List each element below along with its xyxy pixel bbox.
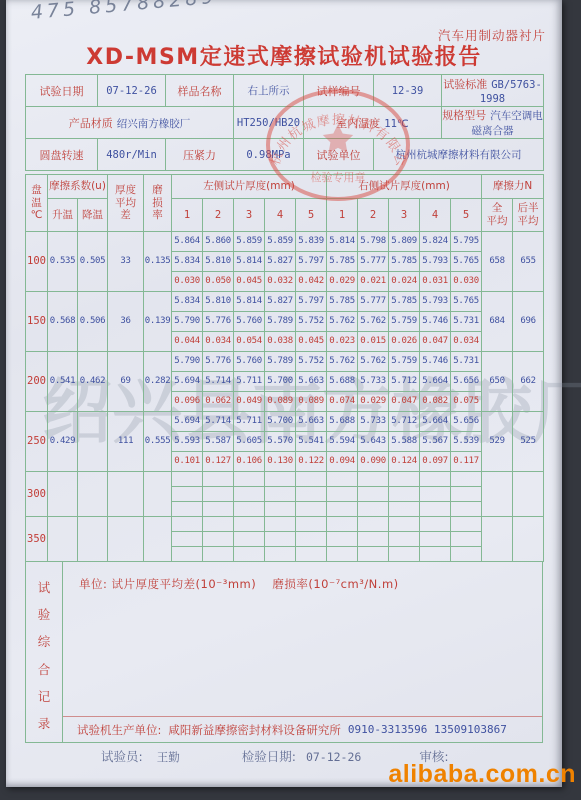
col-num: 2 <box>203 199 234 232</box>
cell: 0.082 <box>420 392 451 412</box>
cell: 5.785 <box>389 292 420 312</box>
cell: 5.785 <box>389 252 420 272</box>
cell: 5.814 <box>327 232 358 252</box>
cell: 5.570 <box>265 432 296 452</box>
model-cell: 规格型号汽车空调电磁离合器 <box>442 107 544 139</box>
producer-phones: 0910-3313596 13509103867 <box>348 723 507 736</box>
cell: 5.793 <box>420 292 451 312</box>
cell: 0.135 <box>144 232 172 292</box>
cell: 5.731 <box>451 312 482 332</box>
cell <box>265 547 296 562</box>
cell <box>203 547 234 562</box>
cell <box>172 532 203 547</box>
record-label-char: 记 <box>38 687 51 705</box>
cell: 5.752 <box>296 352 327 372</box>
results-table: 盘 温 ℃ 摩擦系数(u) 厚度 平均 差 磨 损 率 左侧试片厚度(mm) 右… <box>25 174 544 562</box>
cell <box>203 532 234 547</box>
cell <box>451 502 482 517</box>
cell: 5.688 <box>327 412 358 432</box>
right-thickness-header: 右侧试片厚度(mm) <box>327 175 482 199</box>
cell: 0.042 <box>296 272 327 292</box>
inspection-date-value: 07-12-26 <box>306 750 361 764</box>
cell <box>513 517 544 562</box>
cell: 0.555 <box>144 412 172 472</box>
main-table-body: 1000.5350.505330.1355.8645.8605.8595.859… <box>26 232 544 562</box>
cell <box>358 517 389 532</box>
cell <box>265 517 296 532</box>
col-num: 4 <box>420 199 451 232</box>
cell <box>358 502 389 517</box>
cell: 5.663 <box>296 412 327 432</box>
cell: 5.664 <box>420 412 451 432</box>
cell: 5.712 <box>389 412 420 432</box>
cell <box>234 487 265 502</box>
cell: 5.814 <box>234 252 265 272</box>
cell <box>420 517 451 532</box>
cell: 5.700 <box>265 412 296 432</box>
cell: 5.587 <box>203 432 234 452</box>
cooling-header: 降温 <box>78 199 108 232</box>
cell <box>389 517 420 532</box>
site-watermark: alibaba.com.cn <box>388 760 576 789</box>
report-title: XD-MSM定速式摩擦试验机试验报告 <box>6 40 562 71</box>
cell: 5.777 <box>358 252 389 272</box>
model-label: 规格型号 <box>442 109 486 122</box>
test-unit-label: 试验单位 <box>304 139 374 171</box>
cell <box>172 472 203 487</box>
cell: 200 <box>26 352 48 412</box>
room-temp-label: 室内温度 <box>336 117 380 130</box>
cell <box>78 412 108 472</box>
tester-label: 试验员: <box>101 747 143 765</box>
cell: 5.656 <box>451 372 482 392</box>
cell: 5.776 <box>203 312 234 332</box>
cell: 0.047 <box>389 392 420 412</box>
cell: 0.462 <box>78 352 108 412</box>
tester-name: 王勤 <box>157 749 180 765</box>
cell <box>108 517 144 562</box>
record-label-char: 综 <box>38 632 51 650</box>
header-row-1: 盘 温 ℃ 摩擦系数(u) 厚度 平均 差 磨 损 率 左侧试片厚度(mm) 右… <box>26 175 544 199</box>
cell: 0.139 <box>144 292 172 352</box>
cell: 5.827 <box>265 292 296 312</box>
cell: 36 <box>108 292 144 352</box>
left-thickness-header: 左侧试片厚度(mm) <box>172 175 327 199</box>
cell: 5.711 <box>234 412 265 432</box>
cell: 150 <box>26 292 48 352</box>
record-label-char: 试 <box>38 578 51 596</box>
test-date-label: 试验日期 <box>26 75 98 107</box>
cell: 111 <box>108 412 144 472</box>
info-row-2: 产品材质绍兴南方橡胶厂 HT250/HB20 室内温度11℃ 规格型号汽车空调电… <box>26 107 544 139</box>
info-row-1: 试验日期 07-12-26 样品名称 右上所示 试样编号 12-39 试验标准G… <box>26 75 544 107</box>
cell: 0.096 <box>172 392 203 412</box>
record-label-char: 录 <box>38 714 51 732</box>
sample-name-label: 样品名称 <box>166 75 234 107</box>
cell: 5.594 <box>327 432 358 452</box>
cell <box>451 517 482 532</box>
col-num: 4 <box>265 199 296 232</box>
cell: 0.049 <box>234 392 265 412</box>
cell <box>420 547 451 562</box>
friction-coef-header: 摩擦系数(u) <box>48 175 108 199</box>
cell: 0.024 <box>389 272 420 292</box>
col-num: 1 <box>327 199 358 232</box>
cell: 525 <box>513 412 544 472</box>
cell: 5.760 <box>234 312 265 332</box>
cell: 5.746 <box>420 312 451 332</box>
cell <box>144 472 172 517</box>
room-temp-cell: 室内温度11℃ <box>304 107 442 139</box>
specimen-no-label: 试样编号 <box>304 75 374 107</box>
cell: 0.029 <box>327 272 358 292</box>
cell <box>234 517 265 532</box>
summary-record-vertical-label: 试验综合记录 <box>26 562 63 742</box>
cell: 0.032 <box>265 272 296 292</box>
cell: 5.795 <box>451 232 482 252</box>
cell <box>296 502 327 517</box>
cell: 5.860 <box>203 232 234 252</box>
cell: 0.282 <box>144 352 172 412</box>
cell <box>389 532 420 547</box>
cell: 0.038 <box>265 332 296 352</box>
inspection-date-label: 检验日期: <box>242 747 296 765</box>
cell: 0.050 <box>203 272 234 292</box>
cell <box>265 487 296 502</box>
cell: 5.785 <box>327 292 358 312</box>
cell: 5.643 <box>358 432 389 452</box>
cell: 5.809 <box>389 232 420 252</box>
header-row-2: 升温 降温 1 2 3 4 5 1 2 3 4 5 全 平均 后半 平均 <box>26 199 544 232</box>
disc-speed-value: 480r/Min <box>98 139 166 171</box>
cell: 0.101 <box>172 452 203 472</box>
cell: 0.034 <box>451 332 482 352</box>
col-num: 3 <box>389 199 420 232</box>
cell <box>451 532 482 547</box>
cell <box>327 502 358 517</box>
cell <box>296 487 327 502</box>
cell: 650 <box>482 352 513 412</box>
cell: 0.045 <box>234 272 265 292</box>
counter-material-value: HT250/HB20 <box>234 107 304 139</box>
cell: 0.054 <box>234 332 265 352</box>
cell: 100 <box>26 232 48 292</box>
cell <box>203 517 234 532</box>
cell: 0.047 <box>420 332 451 352</box>
cell: 300 <box>26 472 48 517</box>
cell: 5.762 <box>358 352 389 372</box>
cell: 0.122 <box>296 452 327 472</box>
temp-row: 2000.5410.462690.2825.7905.7765.7605.789… <box>26 352 544 372</box>
cell: 5.765 <box>451 292 482 312</box>
results-table-header: 盘 温 ℃ 摩擦系数(u) 厚度 平均 差 磨 损 率 左侧试片厚度(mm) 右… <box>26 175 544 232</box>
cell <box>78 517 108 562</box>
units-note: 单位: 试片厚度平均差(10⁻³mm) 磨损率(10⁻⁷cm³/N.m) <box>79 576 399 592</box>
cell <box>420 487 451 502</box>
cell <box>420 502 451 517</box>
cell: 0.021 <box>358 272 389 292</box>
cell: 0.089 <box>296 392 327 412</box>
cell: 655 <box>513 232 544 292</box>
cell <box>451 472 482 487</box>
cell: 5.762 <box>358 312 389 332</box>
col-num: 1 <box>172 199 203 232</box>
cell: 0.106 <box>234 452 265 472</box>
cell: 5.760 <box>234 352 265 372</box>
product-material-cell: 产品材质绍兴南方橡胶厂 <box>26 107 234 139</box>
cell: 5.797 <box>296 252 327 272</box>
cell: 33 <box>108 232 144 292</box>
cell: 5.793 <box>420 252 451 272</box>
cell <box>389 502 420 517</box>
cell: 5.588 <box>389 432 420 452</box>
cell <box>327 517 358 532</box>
cell: 0.505 <box>78 232 108 292</box>
cell: 5.711 <box>234 372 265 392</box>
cell: 5.759 <box>389 352 420 372</box>
wear-rate-header: 磨 损 率 <box>144 175 172 232</box>
specimen-no-value: 12-39 <box>374 75 442 107</box>
temp-row: 350 <box>26 517 544 532</box>
cell: 662 <box>513 352 544 412</box>
cell <box>420 532 451 547</box>
cell: 0.044 <box>172 332 203 352</box>
cell: 5.765 <box>451 252 482 272</box>
cell <box>203 502 234 517</box>
cell: 658 <box>482 232 513 292</box>
heating-header: 升温 <box>48 199 78 232</box>
cell: 5.656 <box>451 412 482 432</box>
cell: 5.797 <box>296 292 327 312</box>
cell: 0.026 <box>389 332 420 352</box>
cell <box>172 502 203 517</box>
cell <box>108 472 144 517</box>
summary-record-box: 试验综合记录 单位: 试片厚度平均差(10⁻³mm) 磨损率(10⁻⁷cm³/N… <box>25 561 543 743</box>
cell: 0.034 <box>203 332 234 352</box>
cell: 0.541 <box>48 352 78 412</box>
room-temp-value: 11℃ <box>384 118 408 130</box>
cell <box>234 532 265 547</box>
cell: 5.864 <box>172 232 203 252</box>
col-num: 5 <box>296 199 327 232</box>
cell: 5.834 <box>172 292 203 312</box>
cell: 5.790 <box>172 312 203 332</box>
thickness-diff-header: 厚度 平均 差 <box>108 175 144 232</box>
second-half-average-header: 后半 平均 <box>513 199 544 232</box>
cell: 0.090 <box>358 452 389 472</box>
cell: 5.746 <box>420 352 451 372</box>
cell: 5.700 <box>265 372 296 392</box>
sample-name-value: 右上所示 <box>234 75 304 107</box>
cell <box>172 547 203 562</box>
cell <box>389 547 420 562</box>
cell: 5.777 <box>358 292 389 312</box>
cell: 5.827 <box>265 252 296 272</box>
cell <box>203 472 234 487</box>
cell: 0.029 <box>358 392 389 412</box>
cell: 5.733 <box>358 372 389 392</box>
info-table: 试验日期 07-12-26 样品名称 右上所示 试样编号 12-39 试验标准G… <box>25 74 544 171</box>
col-num: 5 <box>451 199 482 232</box>
cell <box>234 472 265 487</box>
full-average-header: 全 平均 <box>482 199 513 232</box>
cell: 0.045 <box>296 332 327 352</box>
cell: 5.814 <box>234 292 265 312</box>
cell: 5.714 <box>203 372 234 392</box>
cell: 5.567 <box>420 432 451 452</box>
cell <box>172 487 203 502</box>
product-material-label: 产品材质 <box>69 117 113 130</box>
cell <box>265 502 296 517</box>
cell <box>78 472 108 517</box>
test-date-value: 07-12-26 <box>98 75 166 107</box>
cell: 5.798 <box>358 232 389 252</box>
cell: 529 <box>482 412 513 472</box>
cell <box>451 487 482 502</box>
col-num: 3 <box>234 199 265 232</box>
temp-row: 300 <box>26 472 544 487</box>
cell: 5.688 <box>327 372 358 392</box>
cell <box>420 472 451 487</box>
cell: 5.789 <box>265 312 296 332</box>
cell: 5.810 <box>203 252 234 272</box>
cell: 5.824 <box>420 232 451 252</box>
cell: 5.839 <box>296 232 327 252</box>
cell: 5.762 <box>327 312 358 332</box>
cell: 0.015 <box>358 332 389 352</box>
cell: 5.785 <box>327 252 358 272</box>
standard-label: 试验标准 <box>443 78 487 91</box>
cell: 5.762 <box>327 352 358 372</box>
friction-force-header: 摩擦力N <box>482 175 544 199</box>
cell: 5.694 <box>172 372 203 392</box>
machine-producer-row: 试验机生产单位: 咸阳新益摩擦密封材料设备研究所 0910-3313596 13… <box>63 716 542 742</box>
cell: 5.663 <box>296 372 327 392</box>
cell: 5.593 <box>172 432 203 452</box>
cell: 0.117 <box>451 452 482 472</box>
cell: 5.834 <box>172 252 203 272</box>
cell: 0.023 <box>327 332 358 352</box>
cell <box>327 472 358 487</box>
cell <box>327 547 358 562</box>
cell: 0.089 <box>265 392 296 412</box>
cell: 0.094 <box>327 452 358 472</box>
cell <box>482 472 513 517</box>
cell: 5.759 <box>389 312 420 332</box>
record-label-char: 合 <box>38 660 51 678</box>
cell <box>265 532 296 547</box>
cell: 0.429 <box>48 412 78 472</box>
info-row-3: 圆盘转速 480r/Min 压紧力 0.98MPa 试验单位 杭州杭城摩擦材料有… <box>26 139 544 171</box>
cell <box>48 517 78 562</box>
cell: 0.506 <box>78 292 108 352</box>
cell <box>296 517 327 532</box>
cell: 5.712 <box>389 372 420 392</box>
temp-row: 1500.5680.506360.1395.8345.8105.8145.827… <box>26 292 544 312</box>
cell: 0.130 <box>265 452 296 472</box>
cell: 350 <box>26 517 48 562</box>
temp-row: 2500.4291110.5555.6945.7145.7115.7005.66… <box>26 412 544 432</box>
cell: 5.664 <box>420 372 451 392</box>
producer-value: 咸阳新益摩擦密封材料设备研究所 <box>168 722 341 738</box>
cell: 0.535 <box>48 232 78 292</box>
cell <box>203 487 234 502</box>
cell <box>358 472 389 487</box>
record-label-char: 验 <box>38 605 51 623</box>
standard-cell: 试验标准GB/5763-1998 <box>442 75 544 107</box>
product-material-value: 绍兴南方橡胶厂 <box>117 118 191 130</box>
cell <box>296 472 327 487</box>
disc-temp-header: 盘 温 ℃ <box>26 175 48 232</box>
cell <box>358 547 389 562</box>
col-num: 2 <box>358 199 389 232</box>
cell: 5.752 <box>296 312 327 332</box>
cell: 5.789 <box>265 352 296 372</box>
cell: 0.568 <box>48 292 78 352</box>
cell: 0.031 <box>420 272 451 292</box>
cell: 5.859 <box>234 232 265 252</box>
cell: 0.127 <box>203 452 234 472</box>
cell: 5.539 <box>451 432 482 452</box>
pressure-value: 0.98MPa <box>234 139 304 171</box>
cell: 5.694 <box>172 412 203 432</box>
summary-record-area: 单位: 试片厚度平均差(10⁻³mm) 磨损率(10⁻⁷cm³/N.m) 试验机… <box>63 562 542 742</box>
cell <box>358 487 389 502</box>
cell <box>234 547 265 562</box>
handwritten-note: 475 85788289 <box>30 0 218 24</box>
pressure-label: 压紧力 <box>166 139 234 171</box>
cell: 684 <box>482 292 513 352</box>
cell: 0.075 <box>451 392 482 412</box>
cell <box>513 472 544 517</box>
cell <box>327 532 358 547</box>
cell: 250 <box>26 412 48 472</box>
disc-speed-label: 圆盘转速 <box>26 139 98 171</box>
cell <box>358 532 389 547</box>
standard-value: GB/5763-1998 <box>480 79 542 105</box>
cell: 5.605 <box>234 432 265 452</box>
cell: 69 <box>108 352 144 412</box>
cell: 5.790 <box>172 352 203 372</box>
cell: 5.541 <box>296 432 327 452</box>
cell: 0.062 <box>203 392 234 412</box>
cell: 5.776 <box>203 352 234 372</box>
cell <box>482 517 513 562</box>
cell: 5.733 <box>358 412 389 432</box>
cell <box>451 547 482 562</box>
test-unit-value: 杭州杭城摩擦材料有限公司 <box>374 139 544 171</box>
cell: 5.859 <box>265 232 296 252</box>
cell: 5.731 <box>451 352 482 372</box>
cell: 696 <box>513 292 544 352</box>
cell: 5.714 <box>203 412 234 432</box>
cell: 5.810 <box>203 292 234 312</box>
producer-label: 试验机生产单位: <box>77 722 161 738</box>
cell <box>48 472 78 517</box>
cell <box>327 487 358 502</box>
cell <box>234 502 265 517</box>
cell <box>144 517 172 562</box>
cell <box>389 487 420 502</box>
cell <box>172 517 203 532</box>
cell: 0.074 <box>327 392 358 412</box>
scanned-test-report: { "page": { "handwritten_note": "475 857… <box>0 0 581 800</box>
cell: 0.030 <box>451 272 482 292</box>
temp-row: 1000.5350.505330.1355.8645.8605.8595.859… <box>26 232 544 252</box>
cell <box>389 472 420 487</box>
paper-sheet: 475 85788289 汽车用制动器衬片 XD-MSM定速式摩擦试验机试验报告… <box>6 0 562 787</box>
cell: 0.030 <box>172 272 203 292</box>
